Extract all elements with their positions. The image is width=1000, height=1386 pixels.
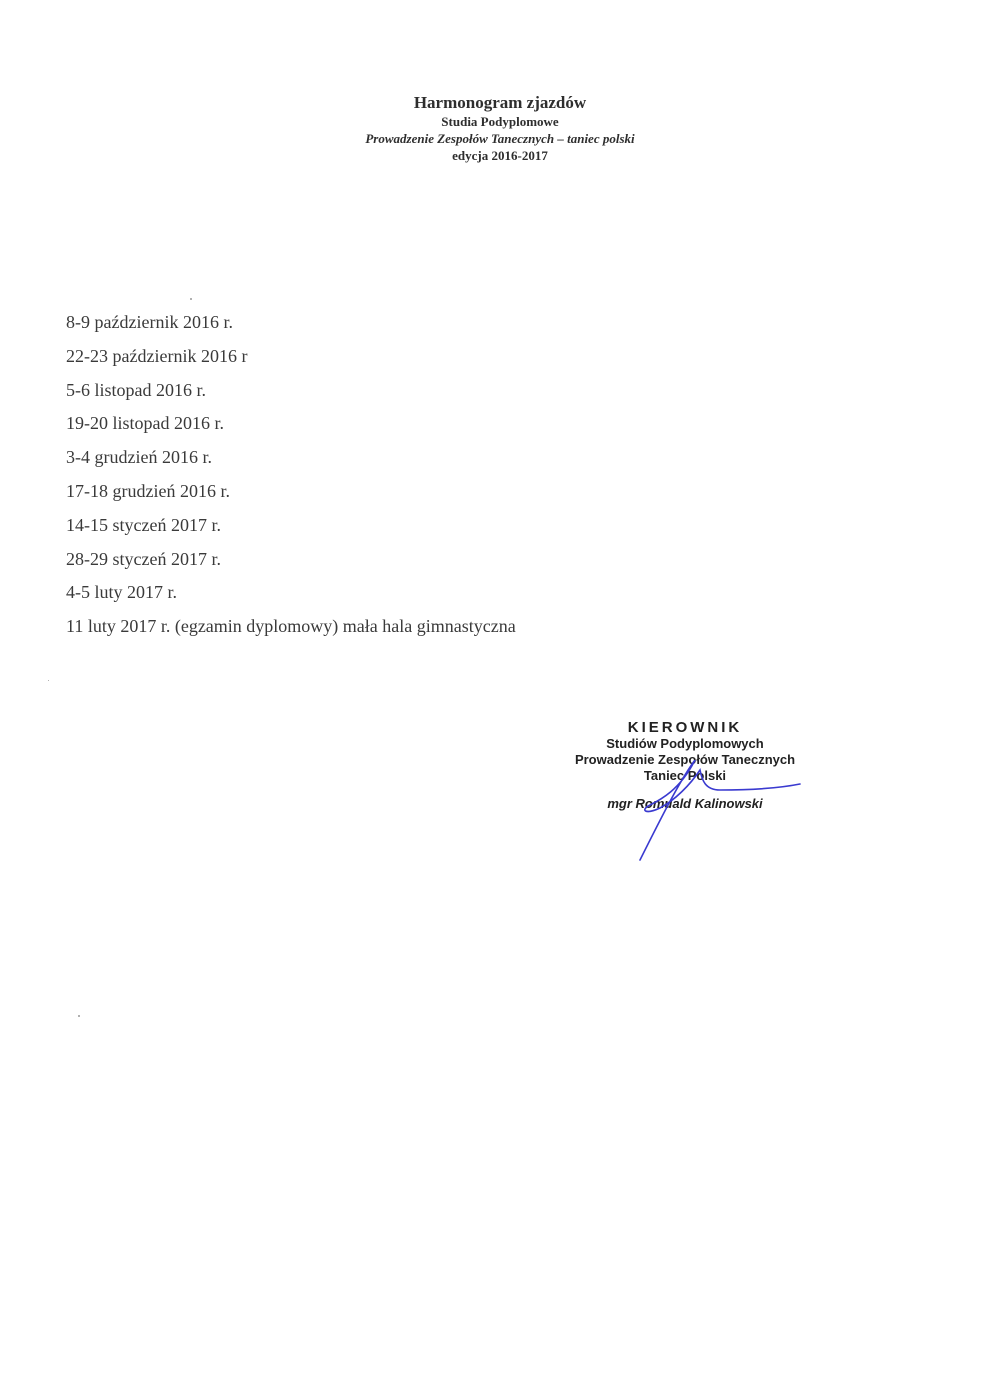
scan-speck — [78, 1015, 80, 1017]
list-item: 8-9 październik 2016 r. — [66, 308, 516, 342]
document-subtitle: Studia Podyplomowe — [0, 113, 1000, 130]
list-item: 14-15 styczeń 2017 r. — [66, 511, 516, 545]
list-item: 17-18 grudzień 2016 r. — [66, 477, 516, 511]
list-item: 22-23 październik 2016 r — [66, 342, 516, 376]
list-item: 28-29 styczeń 2017 r. — [66, 545, 516, 579]
document-header: Harmonogram zjazdów Studia Podyplomowe P… — [0, 93, 1000, 164]
list-item: 19-20 listopad 2016 r. — [66, 409, 516, 443]
list-item: 4-5 luty 2017 r. — [66, 578, 516, 612]
list-item: 5-6 listopad 2016 r. — [66, 376, 516, 410]
document-title: Harmonogram zjazdów — [0, 93, 1000, 113]
program-name: Prowadzenie Zespołów Tanecznych – taniec… — [0, 130, 1000, 147]
scan-speck — [190, 298, 192, 300]
stamp-line: Studiów Podyplomowych — [550, 736, 820, 752]
list-item: 11 luty 2017 r. (egzamin dyplomowy) mała… — [66, 612, 516, 646]
edition: edycja 2016-2017 — [0, 147, 1000, 164]
scan-speck — [48, 680, 49, 681]
signature-icon — [620, 760, 820, 870]
stamp-title: KIEROWNIK — [550, 720, 820, 736]
schedule-list: 8-9 październik 2016 r. 22-23 październi… — [66, 308, 516, 646]
list-item: 3-4 grudzień 2016 r. — [66, 443, 516, 477]
